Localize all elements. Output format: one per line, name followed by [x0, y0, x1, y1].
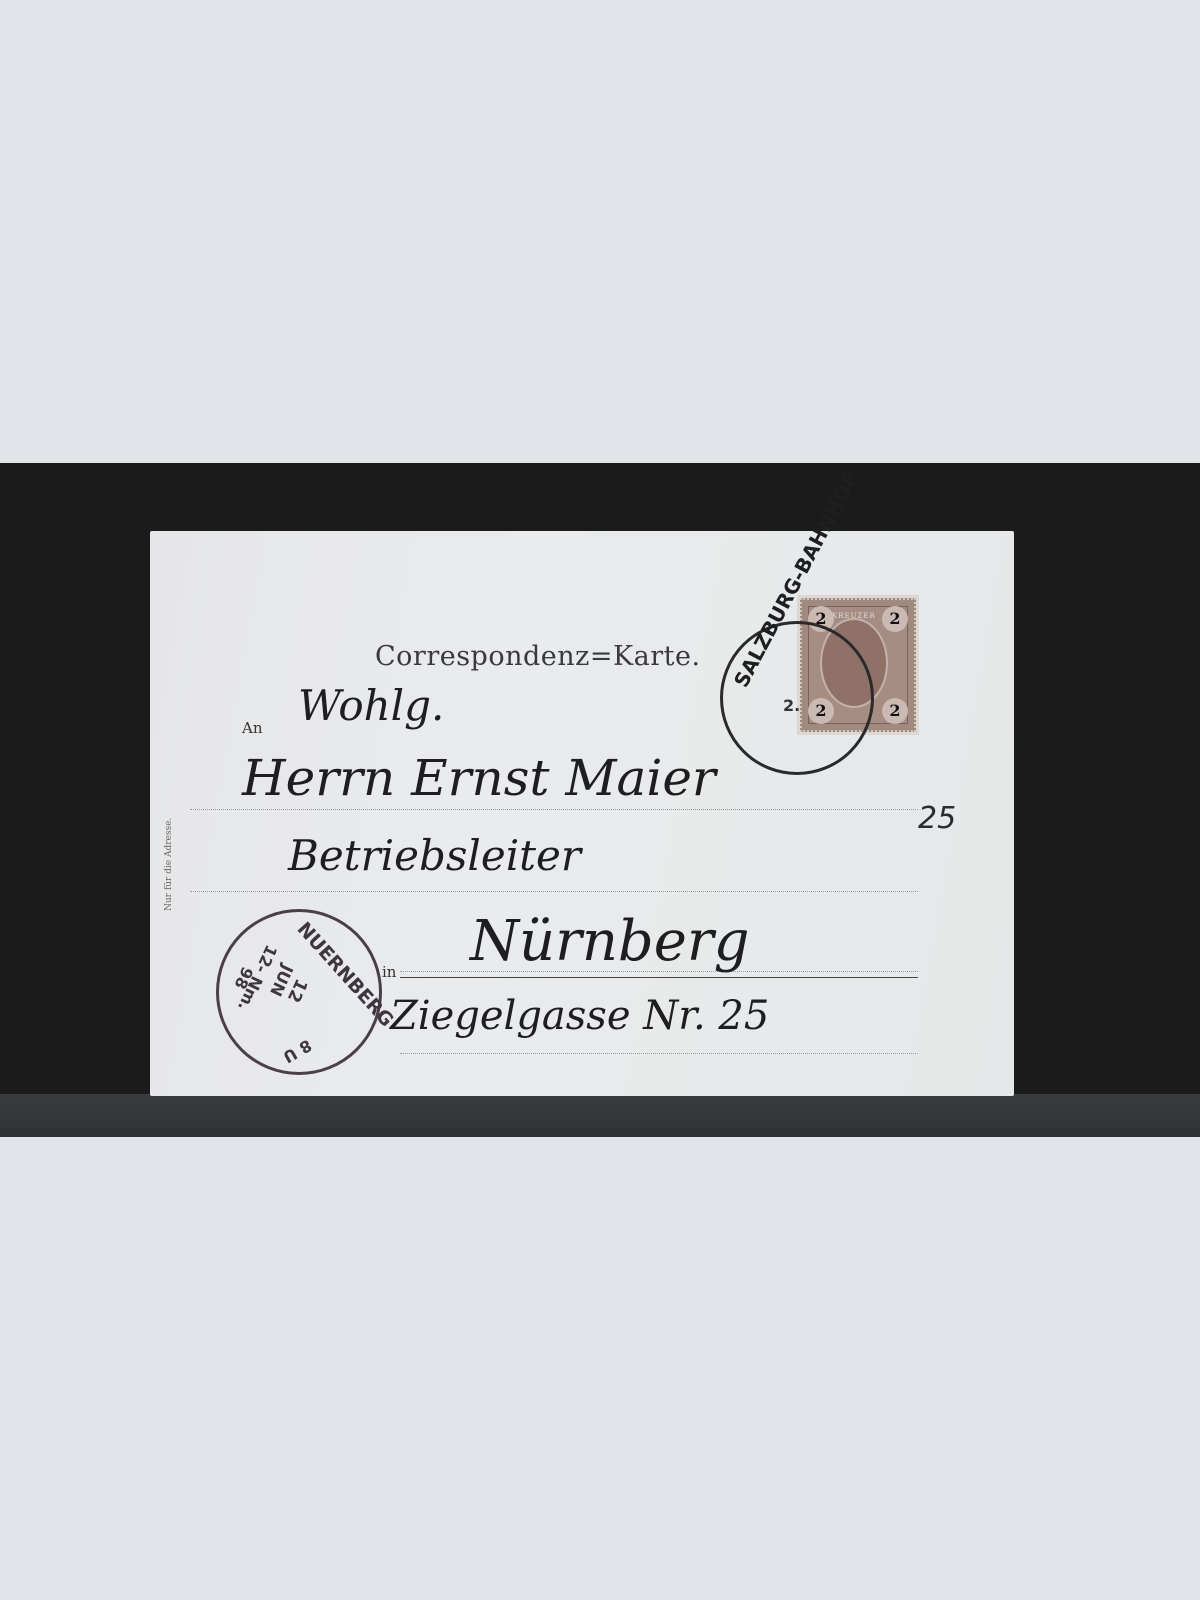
postcard: Nur für die Adresse. Correspondenz=Karte…: [150, 531, 1014, 1096]
photo-shelf: [0, 1094, 1200, 1137]
handwritten-salutation: Wohlg.: [298, 681, 444, 730]
stamp-currency: KREUZER: [832, 612, 876, 620]
handwritten-name: Herrn Ernst Maier: [242, 749, 716, 807]
address-line-1: [190, 809, 918, 810]
origin-postmark: SALZBURG-BAHNHOF 2.: [720, 621, 874, 775]
side-note: Nur für die Adresse.: [164, 818, 174, 911]
handwritten-street: Ziegelgasse Nr. 25: [390, 993, 769, 1039]
pencil-note: 25: [918, 801, 956, 836]
stamp-denomination-br: 2: [882, 698, 908, 724]
card-title: Correspondenz=Karte.: [375, 641, 701, 672]
address-line-4: [400, 1053, 918, 1054]
origin-postmark-date: 2.: [783, 696, 800, 715]
address-line-3: [400, 977, 918, 978]
address-line-2: [190, 891, 918, 892]
label-an: An: [242, 719, 263, 737]
handwritten-city: Nürnberg: [470, 909, 750, 974]
label-in: in: [382, 963, 396, 981]
arrival-postmark-office: 8 U: [280, 1036, 315, 1067]
stamp-denomination-tr: 2: [882, 606, 908, 632]
handwritten-occupation: Betriebsleiter: [288, 831, 581, 880]
arrival-postmark: NUERNBERG 8 U 12 JUN 12- Nm. 98: [216, 909, 382, 1075]
